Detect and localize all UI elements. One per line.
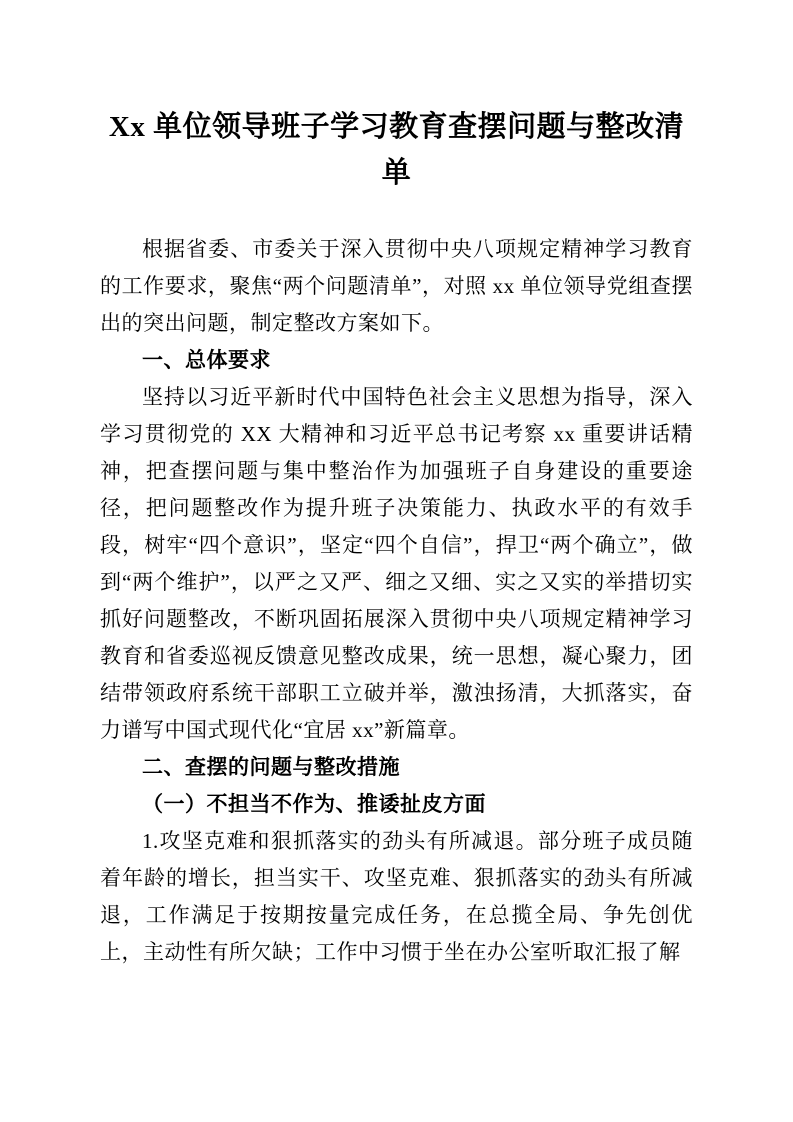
section-heading-problems-and-measures: 二、查摆的问题与整改措施 <box>100 749 693 786</box>
section-heading-overall-requirements: 一、总体要求 <box>100 342 693 379</box>
intro-paragraph: 根据省委、市委关于深入贯彻中央八项规定精神学习教育的工作要求，聚焦“两个问题清单… <box>100 231 693 342</box>
problem-1-paragraph: 1.攻坚克难和狠抓落实的劲头有所减退。部分班子成员随着年龄的增长，担当实干、攻坚… <box>100 823 693 971</box>
document-title: Xx 单位领导班子学习教育查摆问题与整改清单 <box>100 104 693 196</box>
overall-requirements-paragraph: 坚持以习近平新时代中国特色社会主义思想为指导，深入学习贯彻党的 XX 大精神和习… <box>100 379 693 749</box>
subsection-heading-not-taking-responsibility: （一）不担当不作为、推诿扯皮方面 <box>100 786 693 823</box>
document-page: Xx 单位领导班子学习教育查摆问题与整改清单 根据省委、市委关于深入贯彻中央八项… <box>0 0 793 1122</box>
